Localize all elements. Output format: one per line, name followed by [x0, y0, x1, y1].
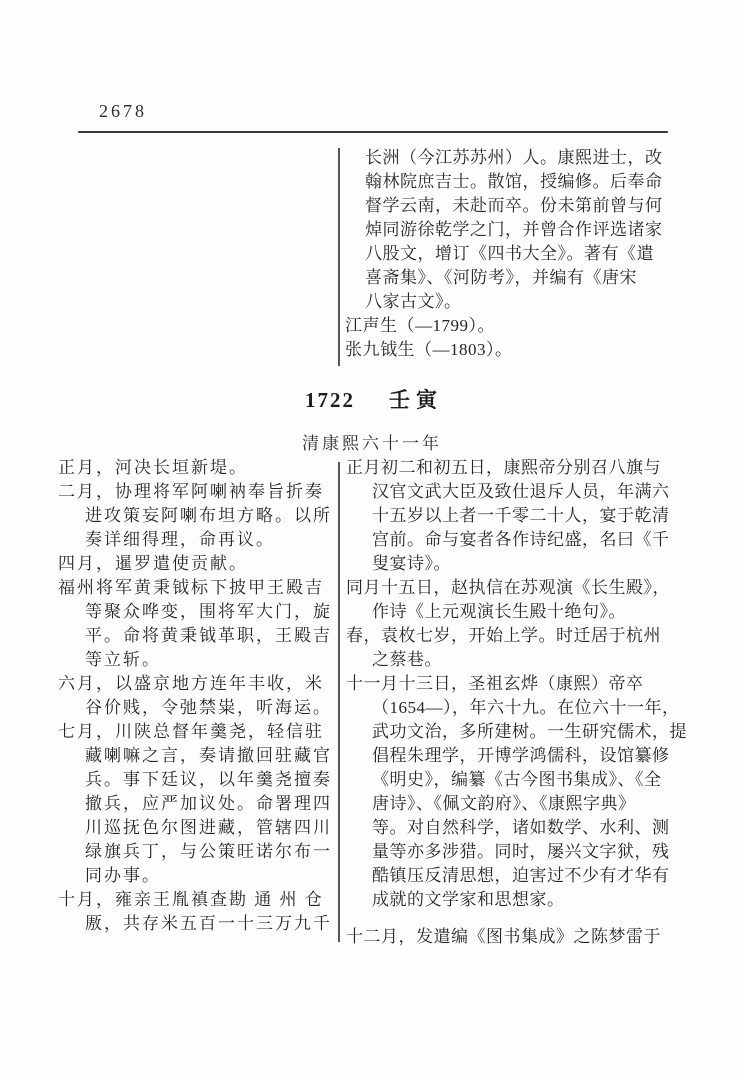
text-line: 四月，暹罗遣使贡献。 — [58, 552, 336, 576]
text-line: 等立斩。 — [58, 648, 336, 672]
top-right-column: 长洲（今江苏苏州）人。康熙进士，改翰林院庶吉士。散馆，授编修。后奉命督学云南，未… — [345, 146, 673, 362]
text-line: 作诗《上元观演长生殿十绝句》。 — [346, 600, 676, 624]
text-line: 喜斋集》、《河防考》，并编有《唐宋 — [345, 266, 673, 290]
column-divider-top — [338, 148, 340, 366]
left-column: 正月，河决长垣新堤。二月，协理将军阿喇衲奉旨折奏进攻策妄阿喇布坦方略。以所奏详细… — [58, 456, 336, 936]
year-number: 1722 — [305, 388, 355, 412]
text-line: 八股文，增订《四书大全》。著有《遣 — [345, 242, 673, 266]
text-line: 同办事。 — [58, 864, 336, 888]
reign-heading: 清康熙六十一年 — [302, 429, 442, 454]
text-line: 长洲（今江苏苏州）人。康熙进士，改 — [345, 146, 673, 170]
text-line: 正月，河决长垣新堤。 — [58, 456, 336, 480]
text-line: 焯同游徐乾学之门，并曾合作评选诸家 — [345, 218, 673, 242]
text-line: 之蔡巷。 — [346, 648, 676, 672]
text-line: 平。命将黄秉钺革职，王殿吉 — [58, 624, 336, 648]
text-line: 同月十五日，赵执信在苏观演《长生殿》， — [346, 576, 676, 600]
text-line: 八家古文》。 — [345, 290, 673, 314]
text-line: 进攻策妄阿喇布坦方略。以所 — [58, 504, 336, 528]
text-line: 督学云南，未赴而卒。份未第前曾与何 — [345, 194, 673, 218]
text-line: 唐诗》、《佩文韵府》、《康熙字典》 — [346, 792, 676, 816]
text-line: 厫，共存米五百一十三万九千 — [58, 912, 336, 936]
year-heading: 1722壬寅 — [305, 384, 443, 414]
text-line: 奏详细得理，命再议。 — [58, 528, 336, 552]
text-line: 兵。事下廷议，以年羹尧擅奏 — [58, 768, 336, 792]
text-line: 十二月，发遣编《图书集成》之陈梦雷于 — [346, 925, 676, 949]
text-line: 谷价贱，令弛禁粜，听海运。 — [58, 696, 336, 720]
text-line: 正月初二和初五日，康熙帝分别召八旗与 — [346, 456, 676, 480]
text-line: 叟宴诗》。 — [346, 552, 676, 576]
header-rule — [78, 131, 668, 133]
text-line: 七月，川陕总督年羹尧，轻信驻 — [58, 720, 336, 744]
text-line: 成就的文学家和思想家。 — [346, 888, 676, 912]
book-page: 2678 长洲（今江苏苏州）人。康熙进士，改翰林院庶吉士。散馆，授编修。后奉命督… — [0, 0, 743, 1079]
text-line: 酷镇压反清思想，迫害过不少有才华有 — [346, 864, 676, 888]
text-line: 等聚众哗变，围将军大门，旋 — [58, 600, 336, 624]
column-divider-main — [338, 462, 340, 942]
text-line: 绿旗兵丁，与公策旺诺尔布一 — [58, 840, 336, 864]
text-line: 十一月十三日，圣祖玄烨（康熙）帝卒 — [346, 672, 676, 696]
text-line: 量等亦多涉猎。同时，屡兴文字狱，残 — [346, 840, 676, 864]
text-line: 张九钺生（—1803）。 — [345, 338, 673, 362]
text-line: 福州将军黄秉钺标下披甲王殿吉 — [58, 576, 336, 600]
text-line: 等。对自然科学，诸如数学、水利、测 — [346, 816, 676, 840]
text-line: 《明史》，编纂《古今图书集成》、《全 — [346, 768, 676, 792]
page-number: 2678 — [99, 101, 147, 122]
text-line: 汉官文武大臣及致仕退斥人员，年满六 — [346, 480, 676, 504]
text-line: 宫前。命与宴者各作诗纪盛，名曰《千 — [346, 528, 676, 552]
text-line: 江声生（—1799）。 — [345, 314, 673, 338]
text-line: 十月，雍亲王胤禛查勘 通 州 仓 — [58, 888, 336, 912]
text-line: 武功文治，多所建树。一生研究儒术，提 — [346, 720, 676, 744]
text-line: 二月，协理将军阿喇衲奉旨折奏 — [58, 480, 336, 504]
text-line: （1654—），年六十九。在位六十一年， — [346, 696, 676, 720]
text-line: 六月，以盛京地方连年丰收，米 — [58, 672, 336, 696]
text-line: 十五岁以上者一千零二十人，宴于乾清 — [346, 504, 676, 528]
text-line: 撤兵，应严加议处。命署理四 — [58, 792, 336, 816]
text-line: 倡程朱理学，开博学鸿儒科，设馆纂修 — [346, 744, 676, 768]
ganzhi-label: 壬寅 — [389, 388, 443, 412]
right-column: 正月初二和初五日，康熙帝分别召八旗与汉官文武大臣及致仕退斥人员，年满六十五岁以上… — [346, 456, 676, 949]
text-line: 翰林院庶吉士。散馆，授编修。后奉命 — [345, 170, 673, 194]
text-line: 春，袁枚七岁，开始上学。时迁居于杭州 — [346, 624, 676, 648]
text-line: 藏喇嘛之言，奏请撤回驻藏官 — [58, 744, 336, 768]
text-line: 川巡抚色尔图进藏，管辖四川 — [58, 816, 336, 840]
